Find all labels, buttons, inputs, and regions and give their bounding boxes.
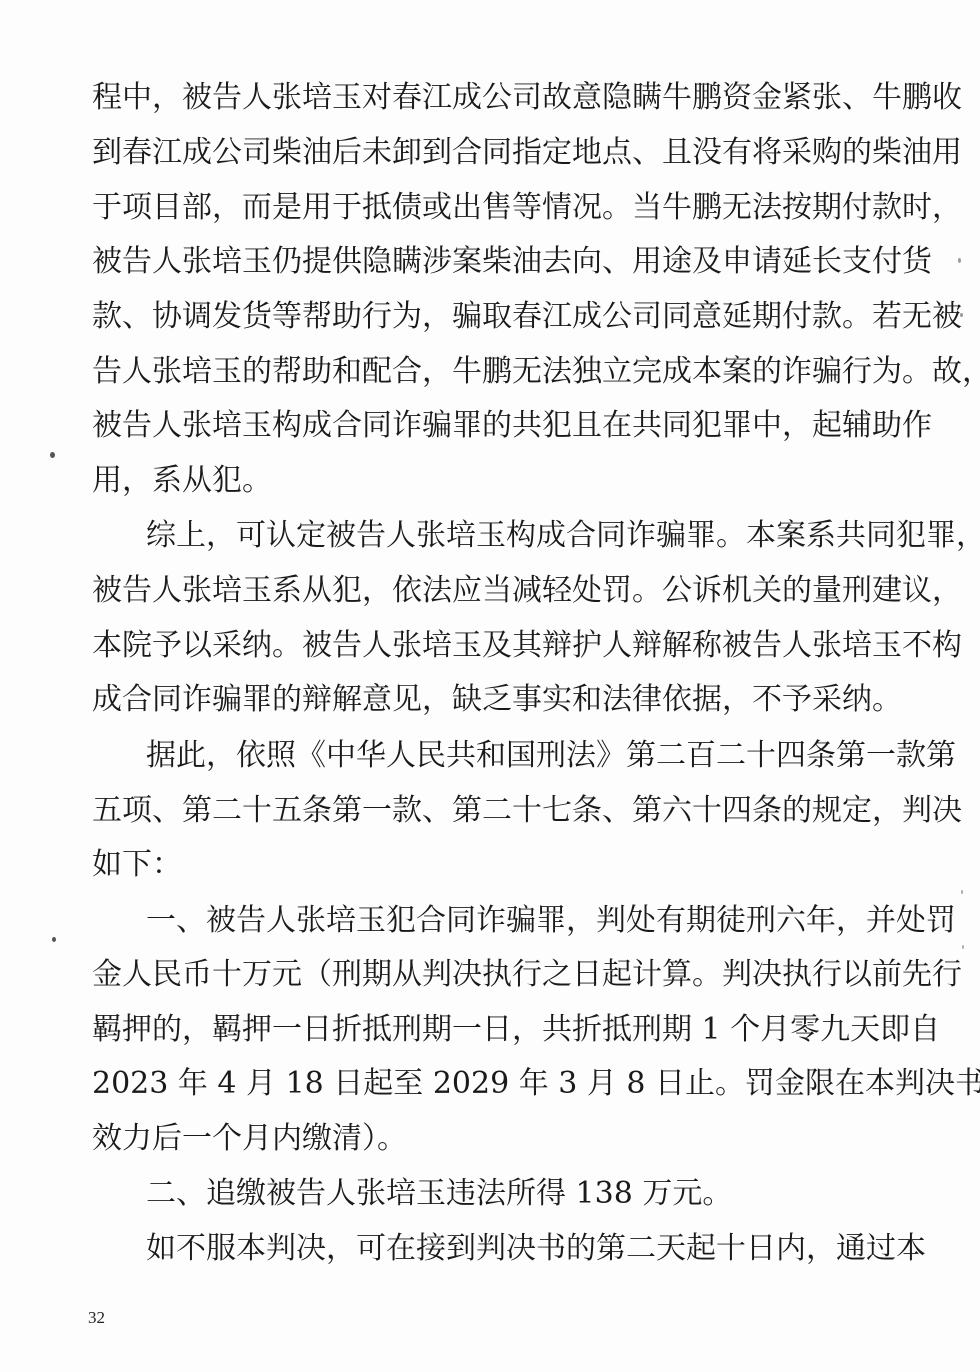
scan-speck <box>958 258 961 263</box>
scan-speck <box>50 452 55 458</box>
paragraph-3-line-3: 如下： <box>92 845 892 885</box>
paragraph-2-line-1: 综上，可认定被告人张培玉构成合同诈骗罪。本案系共同犯罪， <box>146 516 892 556</box>
paragraph-4-line-2: 金人民币十万元（刑期从判决执行之日起计算。判决执行以前先行 <box>92 955 892 995</box>
paragraph-4-line-5: 效力后一个月内缴清）。 <box>92 1119 892 1159</box>
paragraph-6-line-1: 如不服本判决，可在接到判决书的第二天起十日内，通过本 <box>146 1229 892 1269</box>
paragraph-2-line-2: 被告人张培玉系从犯，依法应当减轻处罚。公诉机关的量刑建议， <box>92 571 892 611</box>
paragraph-4-line-1: 一、被告人张培玉犯合同诈骗罪，判处有期徒刑六年，并处罚 <box>146 901 892 941</box>
paragraph-1-line-6: 告人张培玉的帮助和配合，牛鹏无法独立完成本案的诈骗行为。故， <box>92 352 892 392</box>
paragraph-1-line-8: 用，系从犯。 <box>92 461 892 501</box>
paragraph-5-line-1: 二、追缴被告人张培玉违法所得 138 万元。 <box>146 1174 892 1214</box>
paragraph-4-line-4: 2023 年 4 月 18 日起至 2029 年 3 月 8 日止。罚金限在本判… <box>92 1064 892 1104</box>
document-page: 程中，被告人张培玉对春江成公司故意隐瞒牛鹏资金紧张、牛鹏收 到春江成公司柴油后未… <box>0 0 980 1372</box>
scan-speck <box>961 890 963 894</box>
paragraph-1-line-3: 于项目部，而是用于抵债或出售等情况。当牛鹏无法按期付款时， <box>92 188 892 228</box>
paragraph-3-line-2: 五项、第二十五条第一款、第二十七条、第六十四条的规定，判决 <box>92 791 892 831</box>
paragraph-1-line-5: 款、协调发货等帮助行为，骗取春江成公司同意延期付款。若无被 <box>92 297 892 337</box>
paragraph-1-line-7: 被告人张培玉构成合同诈骗罪的共犯且在共同犯罪中，起辅助作 <box>92 406 892 446</box>
paragraph-3-line-1: 据此，依照《中华人民共和国刑法》第二百二十四条第一款第 <box>146 736 892 776</box>
paragraph-2-line-3: 本院予以采纳。被告人张培玉及其辩护人辩解称被告人张培玉不构 <box>92 626 892 666</box>
paragraph-4-line-3: 羁押的，羁押一日折抵刑期一日，共折抵刑期 1 个月零九天即自 <box>92 1010 892 1050</box>
scan-speck <box>962 945 964 949</box>
paragraph-1-line-1: 程中，被告人张培玉对春江成公司故意隐瞒牛鹏资金紧张、牛鹏收 <box>92 78 892 118</box>
paragraph-1-line-2: 到春江成公司柴油后未卸到合同指定地点、且没有将采购的柴油用 <box>92 133 892 173</box>
scan-speck <box>960 313 963 317</box>
paragraph-2-line-4: 成合同诈骗罪的辩解意见，缺乏事实和法律依据，不予采纳。 <box>92 680 892 720</box>
scan-speck <box>52 937 56 942</box>
paragraph-1-line-4: 被告人张培玉仍提供隐瞒涉案柴油去向、用途及申请延长支付货 <box>92 242 892 282</box>
page-number: 32 <box>88 1308 105 1328</box>
